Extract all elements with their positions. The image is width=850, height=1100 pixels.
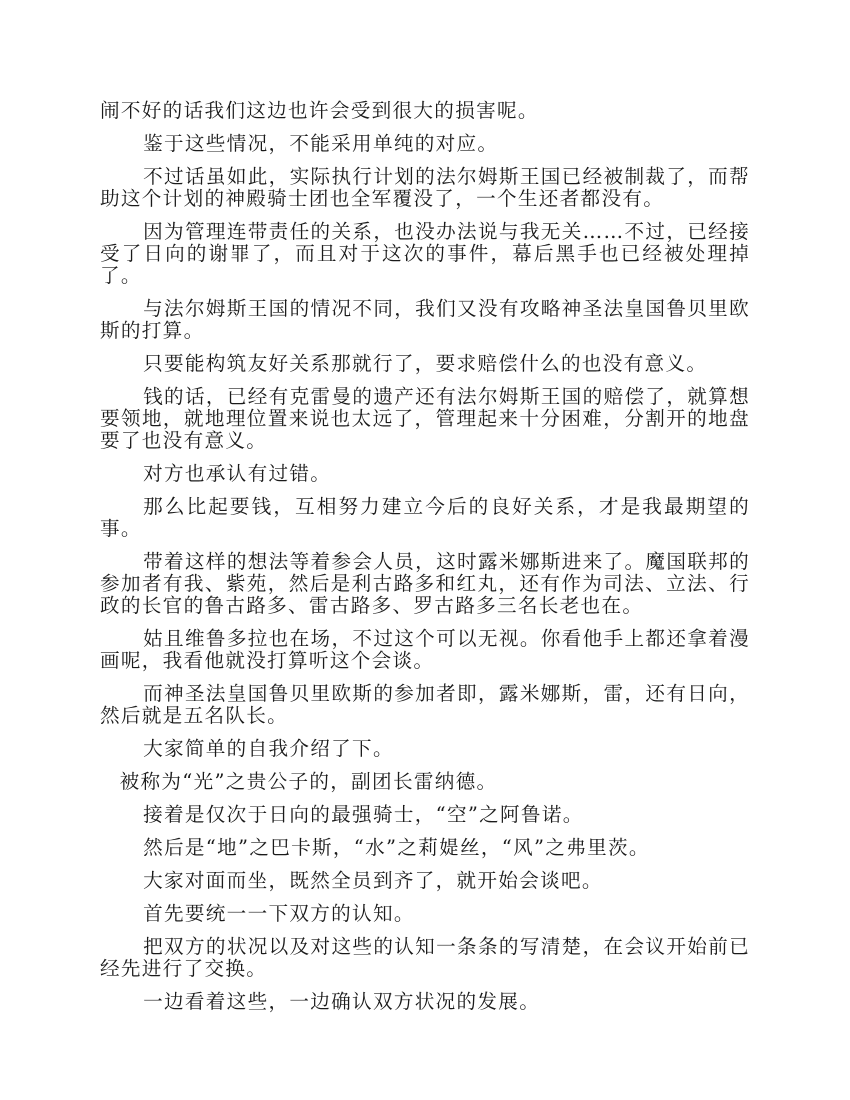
- paragraph: 对方也承认有过错。: [100, 463, 750, 485]
- paragraph: 那么比起要钱，互相努力建立今后的良好关系，才是我最期望的事。: [100, 496, 750, 540]
- paragraph: 姑且维鲁多拉也在场，不过这个可以无视。你看他手上都还拿着漫画呢，我看他就没打算听…: [100, 628, 750, 672]
- paragraph: 然后是“地”之巴卡斯，“水”之莉媞丝，“风”之弗里茨。: [100, 837, 750, 859]
- paragraph: 一边看着这些，一边确认双方状况的发展。: [100, 991, 750, 1013]
- paragraph: 大家对面而坐，既然全员到齐了，就开始会谈吧。: [100, 870, 750, 892]
- paragraph: 闹不好的话我们这边也许会受到很大的损害呢。: [100, 100, 750, 122]
- paragraph: 钱的话，已经有克雷曼的遗产还有法尔姆斯王国的赔偿了，就算想要领地，就地理位置来说…: [100, 386, 750, 452]
- paragraph: 把双方的状况以及对这些的认知一条条的写清楚，在会议开始前已经先进行了交换。: [100, 936, 750, 980]
- paragraph: 不过话虽如此，实际执行计划的法尔姆斯王国已经被制裁了，而帮助这个计划的神殿骑士团…: [100, 166, 750, 210]
- paragraph: 带着这样的想法等着参会人员，这时露米娜斯进来了。魔国联邦的参加者有我、紫苑，然后…: [100, 551, 750, 617]
- paragraph: 只要能构筑友好关系那就行了，要求赔偿什么的也没有意义。: [100, 353, 750, 375]
- document-page: 闹不好的话我们这边也许会受到很大的损害呢。 鉴于这些情况，不能采用单纯的对应。 …: [100, 100, 750, 1024]
- paragraph: 与法尔姆斯王国的情况不同，我们又没有攻略神圣法皇国鲁贝里欧斯的打算。: [100, 298, 750, 342]
- paragraph: 接着是仅次于日向的最强骑士，“空”之阿鲁诺。: [100, 804, 750, 826]
- paragraph: 鉴于这些情况，不能采用单纯的对应。: [100, 133, 750, 155]
- paragraph: 因为管理连带责任的关系，也没办法说与我无关……不过，已经接受了日向的谢罪了，而且…: [100, 221, 750, 287]
- paragraph: 首先要统一一下双方的认知。: [100, 903, 750, 925]
- paragraph: 而神圣法皇国鲁贝里欧斯的参加者即，露米娜斯，雷，还有日向，然后就是五名队长。: [100, 683, 750, 727]
- paragraph: 大家简单的自我介绍了下。: [100, 738, 750, 760]
- paragraph: 被称为“光”之贵公子的，副团长雷纳德。: [100, 771, 750, 793]
